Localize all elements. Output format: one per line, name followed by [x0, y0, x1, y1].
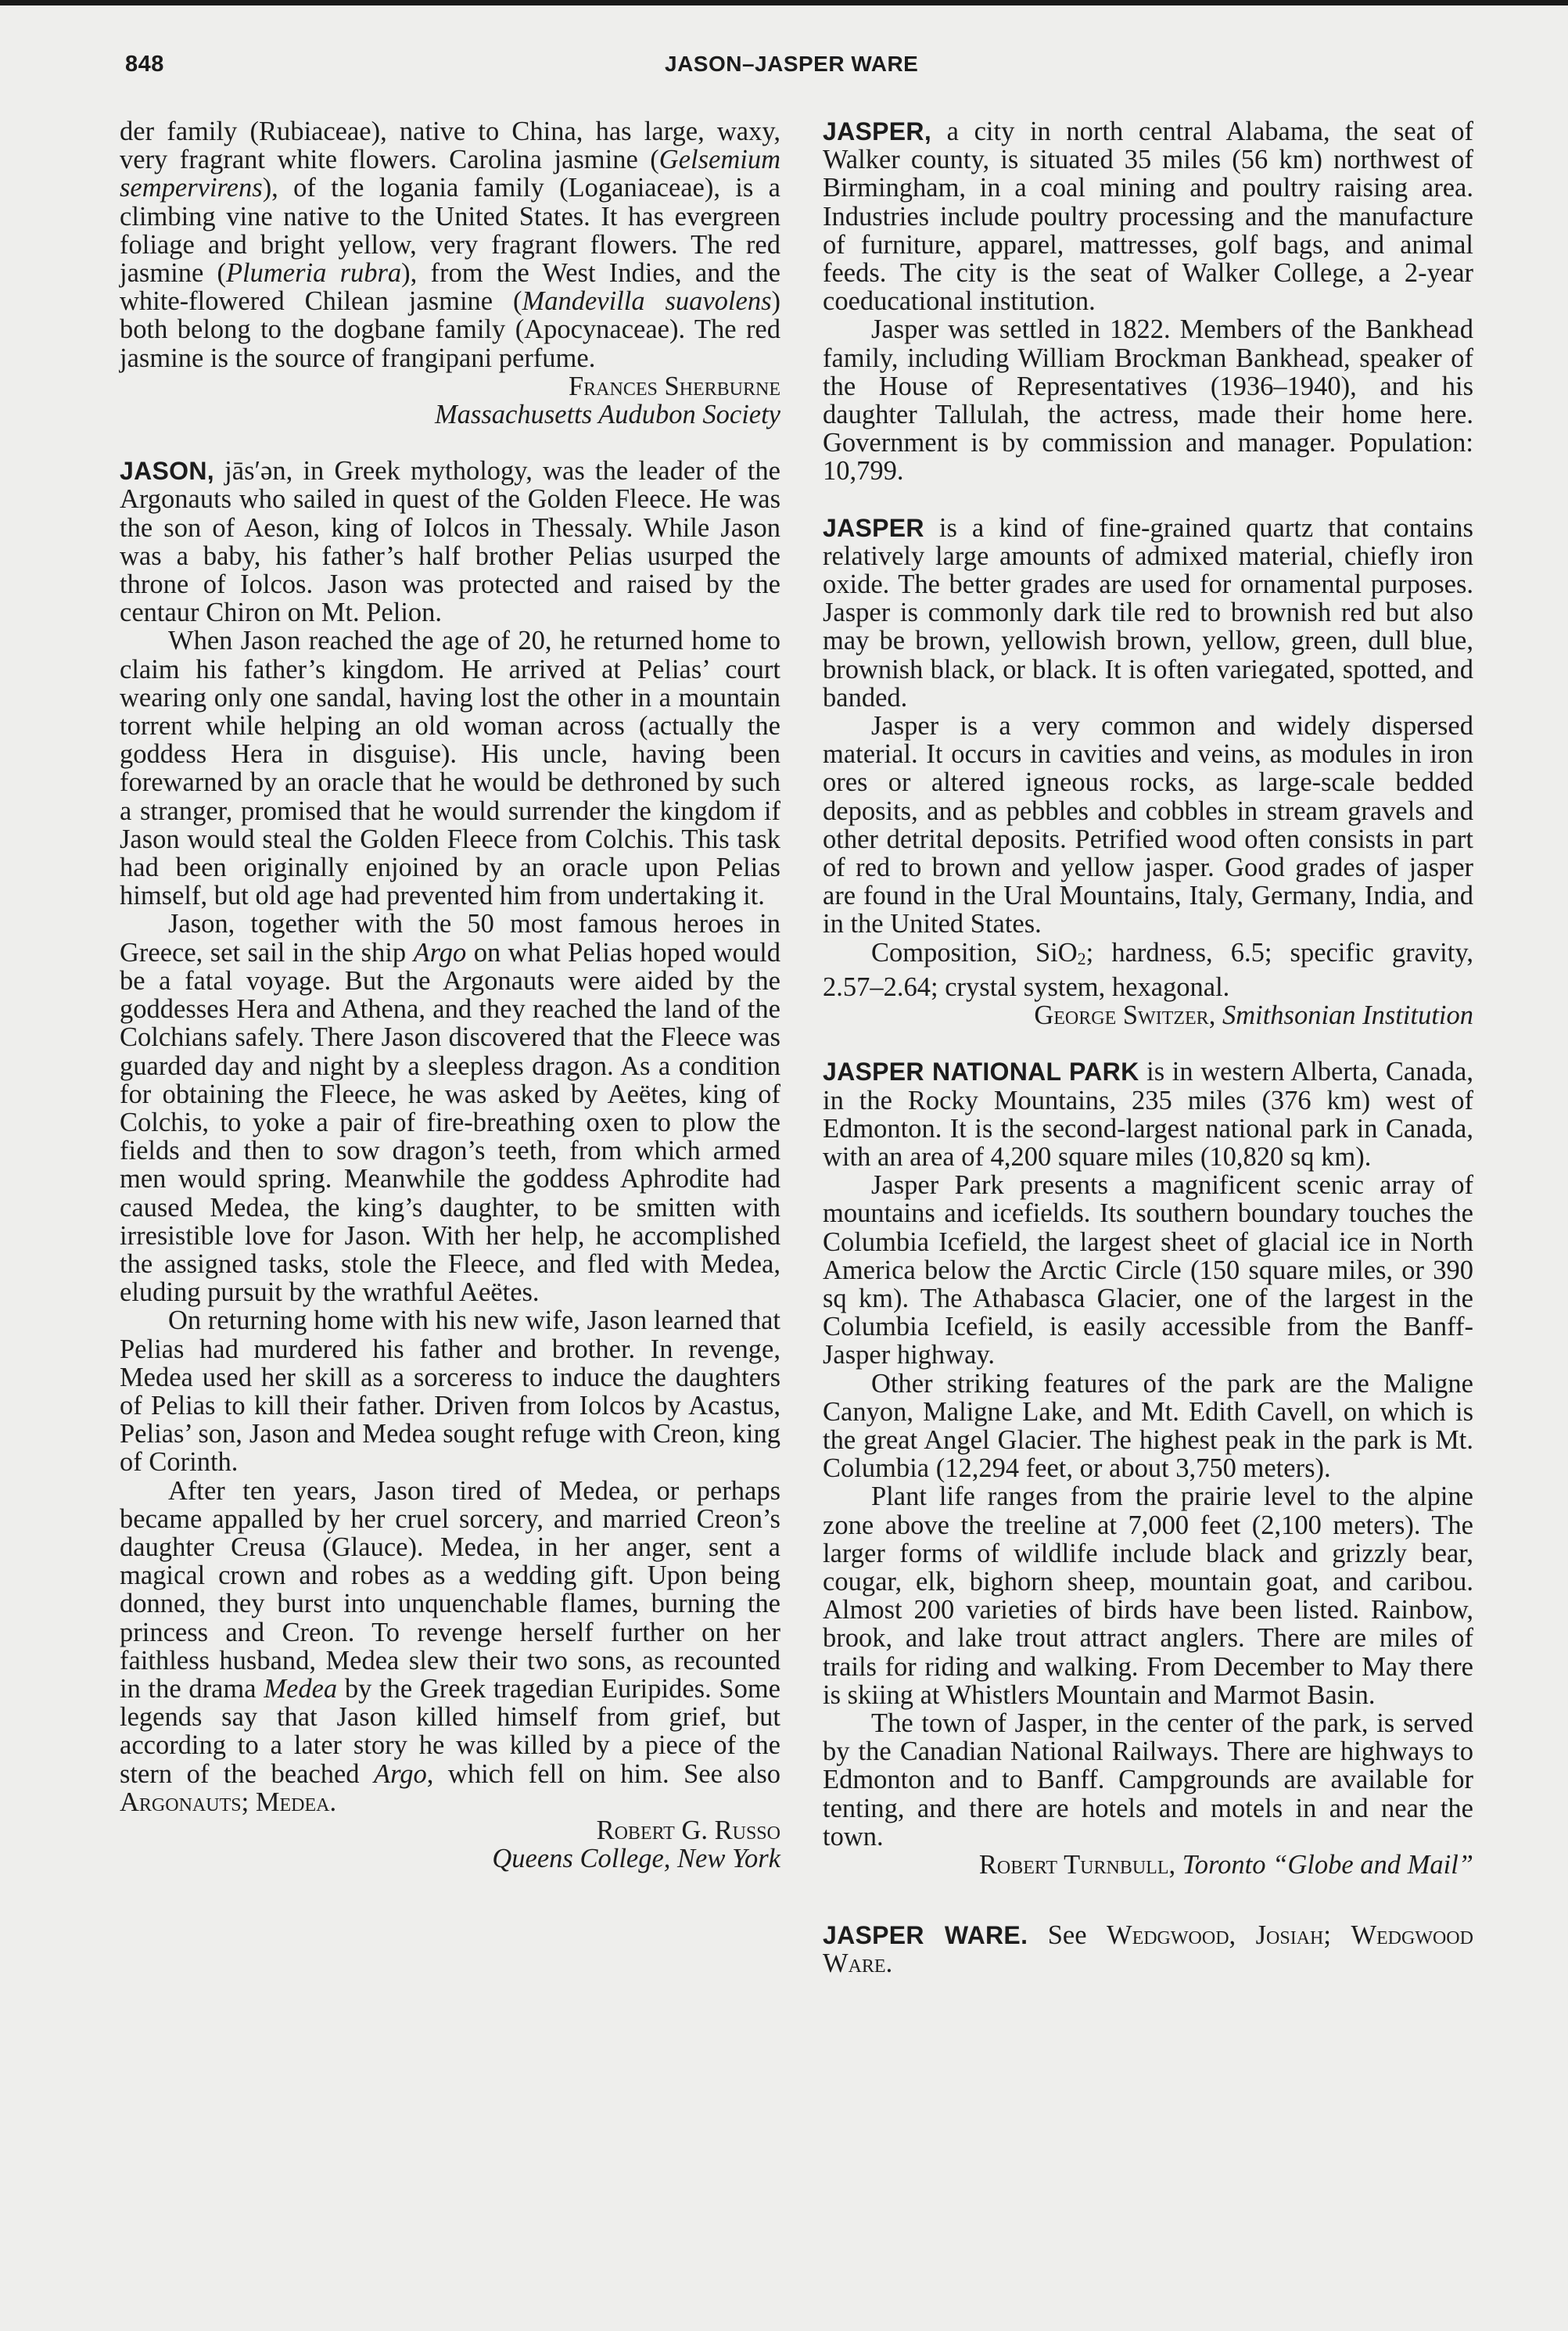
running-title: JASON–JASPER WARE [665, 52, 918, 77]
paragraph: der family (Rubiaceae), native to China,… [120, 117, 780, 372]
italic-work-title: Medea [264, 1674, 337, 1704]
text: , [1169, 1850, 1182, 1880]
signature: Robert Turnbull, Toronto “Globe and Mail… [823, 1851, 1473, 1879]
page-number: 848 [125, 52, 164, 77]
text: jās′ən, in Greek mythology, was the lead… [120, 456, 780, 627]
entry-jasper-mineral: JASPER is a kind of fine-grained quartz … [823, 514, 1473, 1030]
text: on what Pelias hoped would be a fatal vo… [120, 938, 780, 1307]
text: See [1028, 1920, 1107, 1950]
signature-affiliation: Massachusetts Audubon Society [120, 400, 780, 429]
text: After ten years, Jason tired of Medea, o… [120, 1476, 780, 1704]
paragraph: JASPER NATIONAL PARK is in western Alber… [823, 1058, 1473, 1171]
headword: JASPER WARE. [823, 1921, 1028, 1949]
paragraph: On returning home with his new wife, Jas… [120, 1306, 780, 1476]
text: . [886, 1948, 893, 1978]
entry-jasmine-continuation: der family (Rubiaceae), native to China,… [120, 117, 780, 429]
text: , which fell on him. See also [427, 1759, 780, 1789]
subscript: 2 [1078, 949, 1086, 968]
signature-author: Robert Turnbull [979, 1850, 1169, 1880]
paragraph: JASPER, a city in north central Alabama,… [823, 117, 1473, 315]
headword: JASPER, [823, 117, 931, 145]
entry-jasper-city: JASPER, a city in north central Alabama,… [823, 117, 1473, 486]
signature: Robert G. Russo Queens College, New York [120, 1816, 780, 1873]
signature: George Switzer, Smithsonian Institution [823, 1001, 1473, 1029]
paragraph: Jasper Park presents a magnificent sceni… [823, 1171, 1473, 1369]
text: a city in north central Alabama, the sea… [823, 117, 1473, 316]
signature-author: George Switzer [1034, 1000, 1208, 1030]
signature-affiliation: Smithsonian Institution [1222, 1000, 1473, 1030]
italic-species-name: Plumeria rubra [226, 258, 401, 288]
italic-ship-name: Argo [374, 1759, 427, 1789]
paragraph: Jasper is a very common and widely dispe… [823, 712, 1473, 939]
paragraph: Plant life ranges from the prairie level… [823, 1482, 1473, 1709]
paragraph: Jasper was settled in 1822. Members of t… [823, 315, 1473, 485]
signature-affiliation: Queens College, New York [120, 1844, 780, 1873]
headword: JASON, [120, 457, 214, 485]
signature-author: Robert G. Russo [120, 1816, 780, 1844]
paragraph: JASPER WARE. See Wedgwood, Josiah; Wedgw… [823, 1921, 1473, 1977]
entry-jason: JASON, jās′ən, in Greek mythology, was t… [120, 457, 780, 1873]
paragraph: The town of Jasper, in the center of the… [823, 1709, 1473, 1851]
cross-reference-link[interactable]: Medea [256, 1787, 330, 1817]
paragraph: Composition, SiO2; hardness, 6.5; specif… [823, 939, 1473, 1001]
right-column: JASPER, a city in north central Alabama,… [823, 117, 1473, 1978]
text: ; [242, 1787, 256, 1817]
signature: Frances Sherburne Massachusetts Audubon … [120, 372, 780, 429]
cross-reference-link[interactable]: Argonauts [120, 1787, 242, 1817]
headword: JASPER [823, 514, 924, 542]
text: . [329, 1787, 336, 1817]
paragraph: When Jason reached the age of 20, he ret… [120, 627, 780, 910]
paragraph: After ten years, Jason tired of Medea, o… [120, 1477, 780, 1816]
page-top-edge [0, 0, 1568, 5]
paragraph: JASON, jās′ən, in Greek mythology, was t… [120, 457, 780, 627]
running-head: 848 JASON–JASPER WARE [125, 52, 1470, 88]
paragraph: JASPER is a kind of fine-grained quartz … [823, 514, 1473, 712]
cross-reference-link[interactable]: Wedgwood, Josiah [1107, 1920, 1323, 1950]
paragraph: Jason, together with the 50 most famous … [120, 910, 780, 1306]
headword: JASPER NATIONAL PARK [823, 1058, 1139, 1086]
signature-affiliation: Toronto “Globe and Mail” [1182, 1850, 1473, 1880]
signature-author: Frances Sherburne [120, 372, 780, 400]
text: is a kind of fine-grained quartz that co… [823, 513, 1473, 713]
entry-jasper-ware: JASPER WARE. See Wedgwood, Josiah; Wedgw… [823, 1921, 1473, 1977]
text: , [1209, 1000, 1222, 1030]
paragraph: Other striking features of the park are … [823, 1370, 1473, 1483]
entry-jasper-national-park: JASPER NATIONAL PARK is in western Alber… [823, 1058, 1473, 1879]
text: ; [1323, 1920, 1351, 1950]
italic-species-name: Mandevilla suavolens [522, 286, 771, 316]
left-column: der family (Rubiaceae), native to China,… [120, 117, 780, 1873]
text: Composition, SiO [871, 938, 1078, 968]
italic-ship-name: Argo [414, 938, 467, 968]
